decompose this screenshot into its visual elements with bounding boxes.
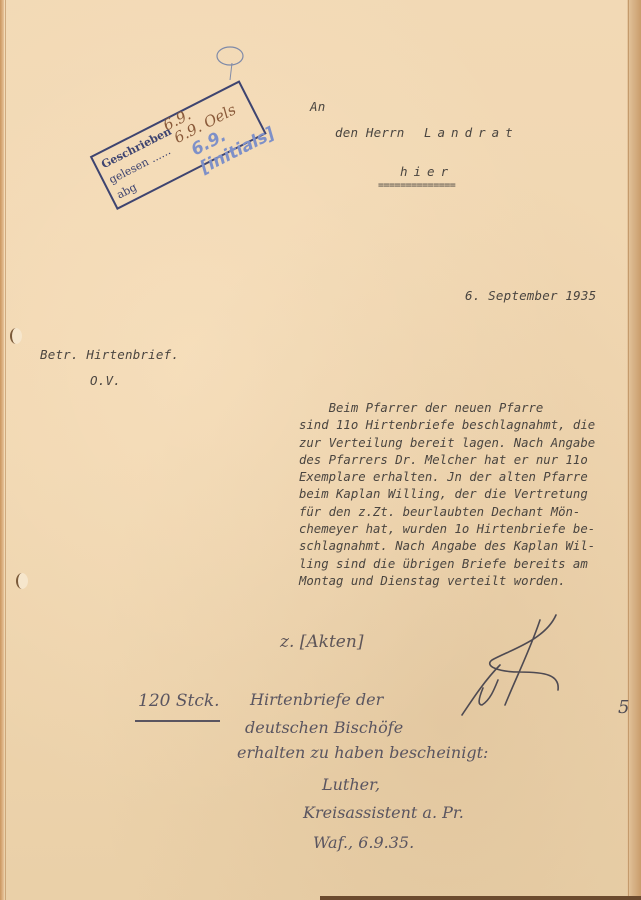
handwritten-count: 120 Stck. bbox=[138, 691, 220, 711]
handwritten-line: deutschen Bischöfe bbox=[245, 718, 403, 737]
handwritten-place-date: Waf., 6.9.35. bbox=[313, 833, 414, 852]
handwritten-signer-title: Kreisassistent a. Pr. bbox=[303, 803, 464, 822]
margin-page-number: 5 bbox=[618, 697, 629, 718]
handwritten-line: erhalten zu haben bescheinigt: bbox=[237, 743, 488, 762]
document-page: Geschrieben gelesen ...... abg 6.9. 6.9.… bbox=[0, 0, 641, 900]
handwritten-line: Hirtenbriefe der bbox=[250, 690, 383, 709]
handwritten-signer-name: Luther, bbox=[322, 775, 380, 794]
handwritten-count-underline bbox=[135, 720, 220, 722]
signature-mark bbox=[0, 0, 641, 900]
